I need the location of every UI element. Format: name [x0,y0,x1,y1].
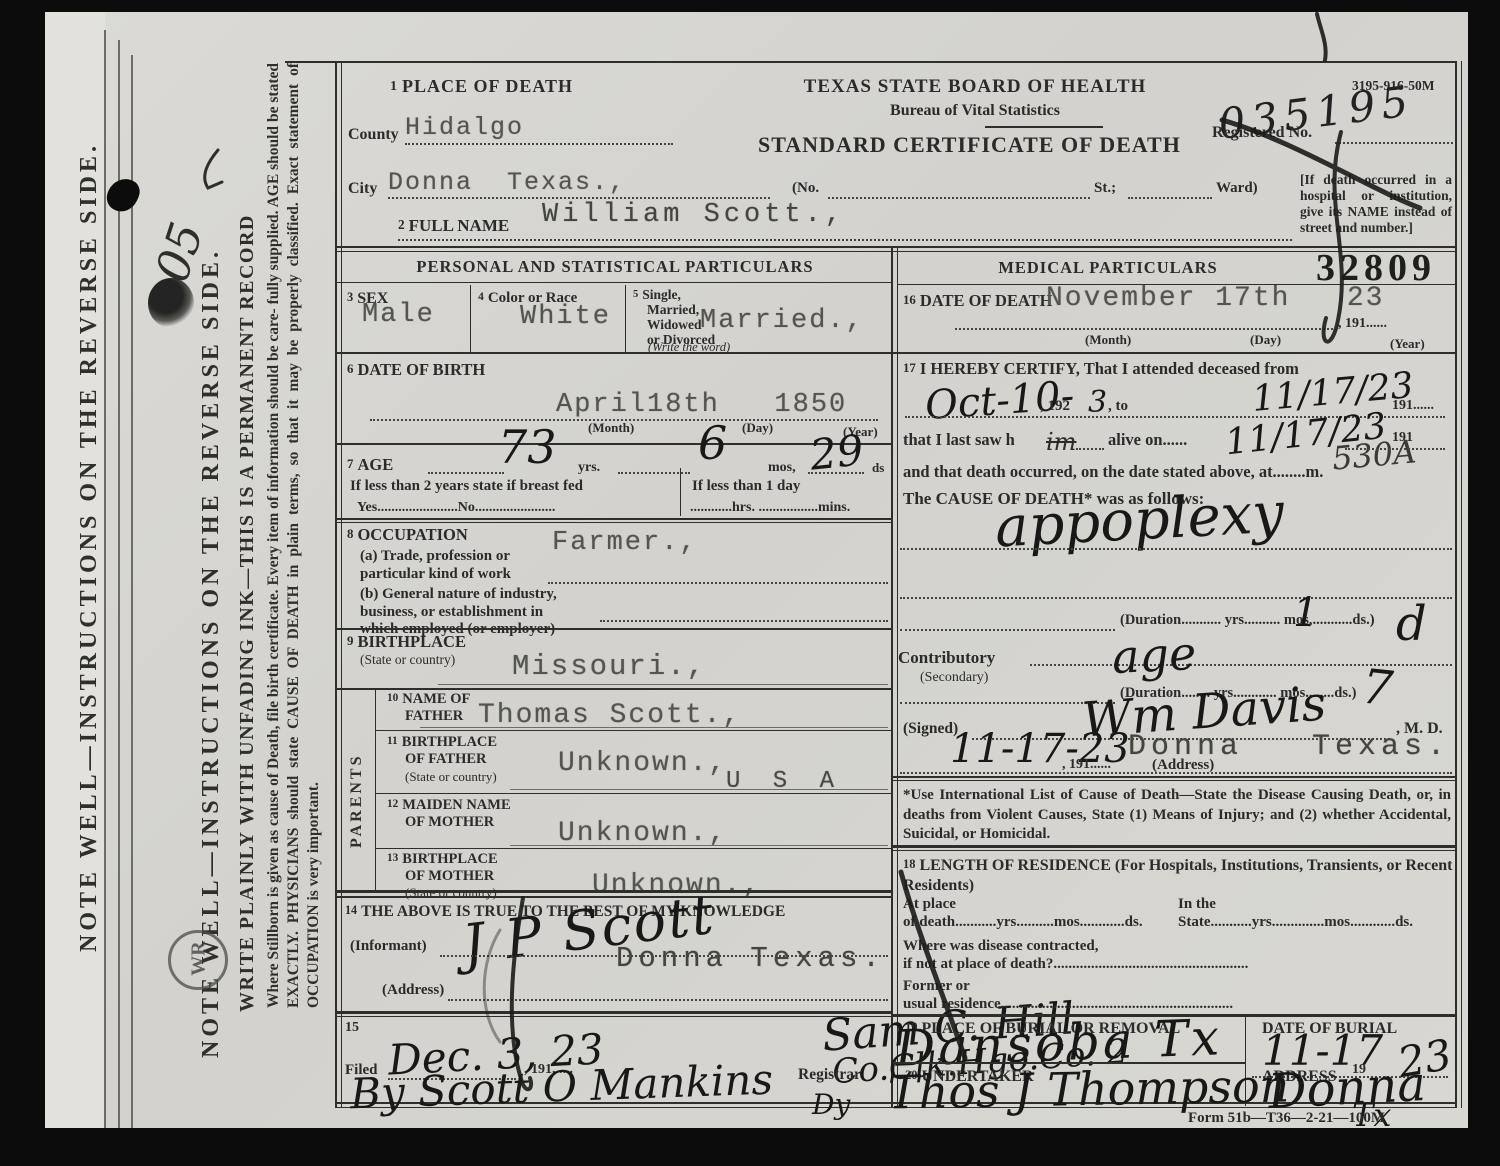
filed-by-suffix: Dy [812,1088,850,1121]
medical-section-title: MEDICAL PARTICULARS [898,258,1318,278]
attended-mid1: , 192 [1040,398,1070,415]
street-label: St.; [1094,180,1116,197]
county-value: Hidalgo [405,113,524,142]
attended-year-191: 191...... [1392,398,1434,414]
race-value: White [520,302,611,332]
mother-birthplace-label: 13BIRTHPLACE OF MOTHER [387,851,498,886]
contributory-ink-mark: d [1396,596,1427,652]
ward-label: Ward) [1216,180,1258,197]
birthplace-label: 9BIRTHPLACE [347,632,466,652]
dob-month-label: (Month) [588,420,634,436]
field-number-2: 2 [398,217,405,232]
residence-label: 18LENGTH OF RESIDENCE (For Hospitals, In… [903,856,1455,896]
birthplace-sublabel: (State or country) [360,652,455,668]
mother-name-label: 12MAIDEN NAME OF MOTHER [387,797,511,832]
ink-smudge [148,278,194,328]
age-days-label: ds [872,460,884,476]
dod-year-label: (Year) [1390,336,1425,352]
certify-line1: 17I HEREBY CERTIFY, That I attended dece… [903,359,1299,379]
lastsaw-time-value: 530A [1331,432,1418,477]
father-birthplace-value: Unknown., [558,748,727,779]
age-years-value: 73 [498,420,557,474]
hrs-mins-line: ............hrs. .................mins. [690,500,850,516]
hospital-note: [If death occurred in a hospital or inst… [1300,172,1452,236]
lessday-label: If less than 1 day [692,478,800,495]
contributory-value: age [1111,626,1198,684]
contributory-label: Contributory [898,648,995,668]
father-birthplace-sublabel: (State or country) [405,769,497,785]
duration1-line: (Duration........... yrs.......... mos,.… [1120,612,1375,629]
parents-label: PARENTS [348,754,366,849]
margin-stillborn-note: Where Stillborn is given as cause of Dea… [264,63,323,1008]
lastsaw-struck-him: im [1046,428,1076,456]
dob-label: 6DATE OF BIRTH [347,360,485,380]
age-months-value: 6 [698,416,727,470]
residence-in-the-1: In the [1178,896,1216,913]
international-list-note: *Use International List of Cause of Deat… [903,786,1451,845]
full-name-label: 2FULL NAME [398,216,509,236]
duration1-years-value: 1 [1293,590,1318,636]
lastsaw-pre: that I last saw h [903,430,1015,450]
age-days-value: 29 [808,425,866,479]
attended-mid2: , to [1108,398,1128,415]
scanned-death-certificate: { "header": { "place_num": "1", "place_o… [0,0,1500,1166]
city-value: Donna Texas., [388,168,626,197]
informant-label: (Informant) [350,938,427,955]
sex-value: Male [362,300,435,330]
father-birthplace-label: 11BIRTHPLACE OF FATHER [387,734,497,769]
form-number-bottom: Form 51b—T36—2-21—100M [1188,1110,1385,1127]
contributory-sublabel: (Secondary) [920,670,988,686]
occupation-a-value: Farmer., [552,528,698,558]
full-name-value: William Scott., [542,200,845,230]
stamp-ring-wr: WR [168,930,228,990]
duration2-ink-mark: 7 [1359,659,1395,718]
board-title: TEXAS STATE BOARD OF HEALTH [790,76,1160,98]
father-name-label: 10NAME OF FATHER [387,691,470,726]
date-of-death-value: November 17th 23 [1046,283,1384,314]
residence-at-place-1: At place [903,896,956,913]
margin-write-plainly: WRITE PLAINLY WITH UNFADING INK—THIS IS … [236,214,259,1012]
registrar-label: Registrar [798,1066,861,1084]
bureau-subtitle: Bureau of Vital Statistics [790,102,1160,120]
margin-note-reverse-side-1: NOTE WELL—INSTRUCTIONS ON THE REVERSE SI… [76,142,103,952]
date-of-death-label: 16DATE OF DEATH [903,291,1052,311]
yes-no-line: Yes.......................No............… [357,500,555,516]
residence-contracted-2: if not at place of death?...............… [903,956,1248,973]
field-number-1: 1 [390,78,398,94]
mother-birthplace-sublabel: (State or country) [405,885,497,901]
residence-former-1: Former or [903,978,970,995]
birthplace-value: Missouri., [512,650,706,683]
dod-day-label: (Day) [1250,332,1281,348]
age-years-label: yrs. [578,460,600,476]
stamp-ring-wr-text: WR [188,941,211,975]
street-no-label: (No. [792,180,819,197]
dod-month-label: (Month) [1085,332,1131,348]
occupation-a-label: (a) Trade, profession orparticular kind … [360,547,511,583]
residence-at-place-2: of death...........yrs..........mos.....… [903,914,1143,931]
informant-address-value: Donna Texas. [616,942,885,975]
personal-section-title: PERSONAL AND STATISTICAL PARTICULARS [337,257,893,277]
registered-number-label: Registered No. [1212,124,1312,142]
age-label: 7AGE [347,455,393,475]
filed-number: 15 [345,1020,359,1036]
certificate-title: STANDARD CERTIFICATE OF DEATH [758,132,1181,158]
city-label: City [348,180,377,198]
signed-address-value: Donna Texas. [1128,730,1450,764]
residence-in-the-2: State...........yrs..............mos....… [1178,914,1413,931]
residence-contracted-1: Where was disease contracted, [903,938,1099,955]
age-months-label: mos, [768,460,796,476]
death-occurred-line: and that death occurred, on the date sta… [903,462,1323,482]
occupation-label: 8OCCUPATION [347,525,468,545]
county-label: County [348,126,399,144]
place-of-death-label: 1PLACE OF DEATH [390,76,573,97]
dod-year-prefix: , 191...... [1338,316,1387,332]
lastsaw-mid: alive on...... [1108,430,1187,450]
marital-value: Married., [700,306,864,336]
dob-day-label: (Day) [742,420,773,436]
father-birthplace-value2: U S A [726,768,843,795]
informant-address-label: (Address) [382,982,444,999]
breastfed-label: If less than 2 years state if breast fed [350,478,583,495]
